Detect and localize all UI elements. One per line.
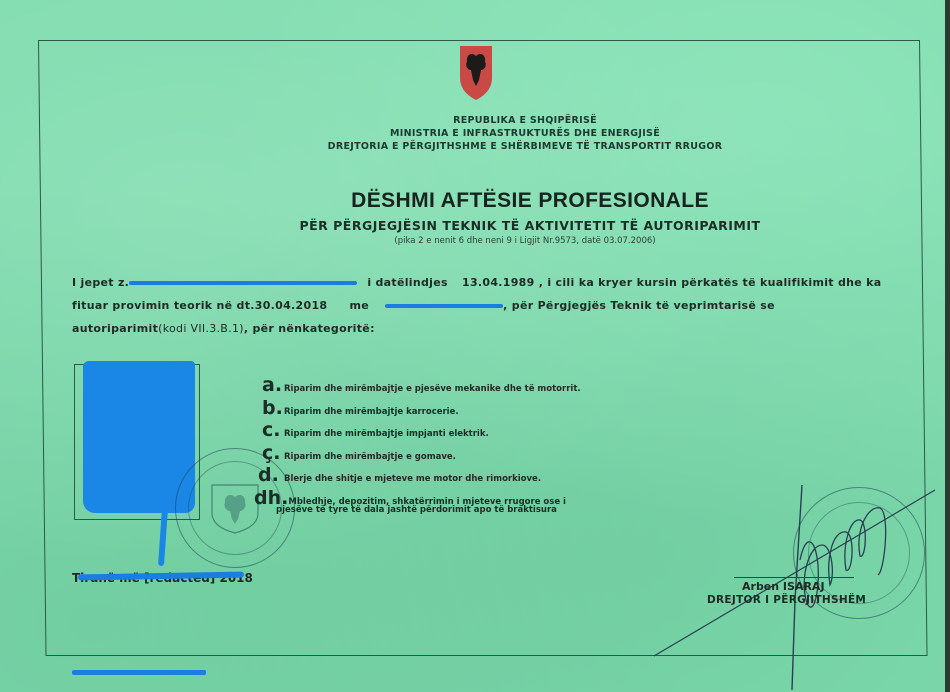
signer-title: DREJTOR I PËRGJITHSHËM <box>707 594 866 606</box>
signature-line <box>734 577 854 578</box>
serial-number-redaction <box>72 670 206 675</box>
signer-name: Arben ISARAJ <box>742 580 825 593</box>
